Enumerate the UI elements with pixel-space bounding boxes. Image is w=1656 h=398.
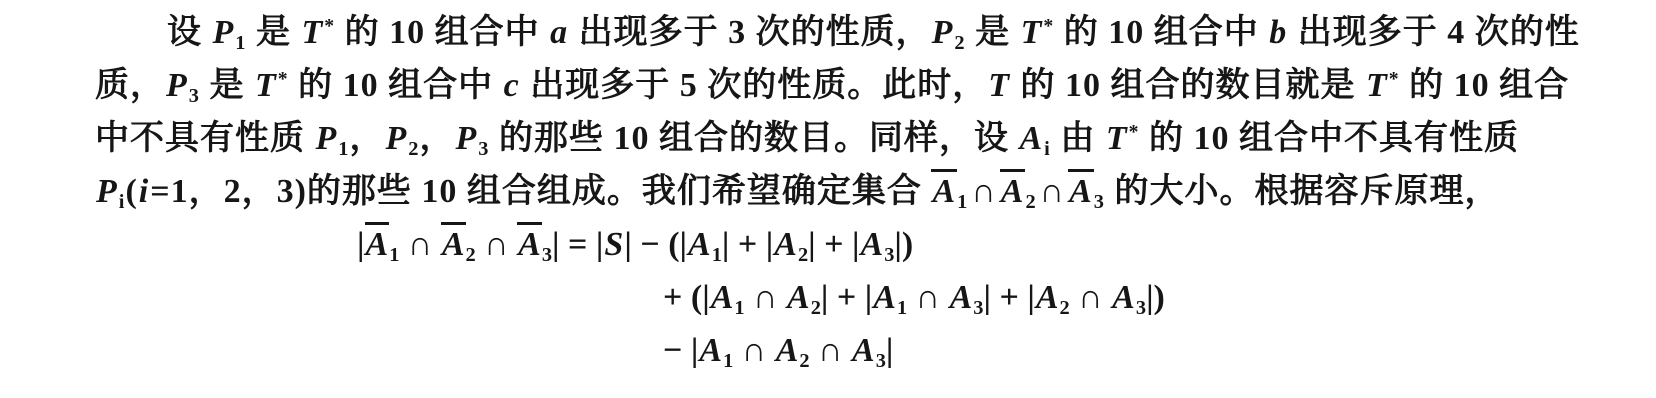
text-line-4: Pi(i=1，2，3)的那些 10 组合组成。我们希望确定集合 A1∩A2∩A3… bbox=[95, 165, 1618, 218]
equation-block: |A1 ∩ A2 ∩ A3| = |S| − (|A1| + |A2| + |A… bbox=[0, 218, 1656, 377]
equation-line-3: − |A1 ∩ A2 ∩ A3| bbox=[663, 324, 1656, 377]
equation-line-2: + (|A1 ∩ A2| + |A1 ∩ A3| + |A2 ∩ A3|) bbox=[663, 271, 1656, 324]
document-page: 设 P1 是 T* 的 10 组合中 a 出现多于 3 次的性质，P2 是 T*… bbox=[0, 0, 1656, 398]
paragraph: 设 P1 是 T* 的 10 组合中 a 出现多于 3 次的性质，P2 是 T*… bbox=[95, 6, 1618, 218]
text-line-1: 设 P1 是 T* 的 10 组合中 a 出现多于 3 次的性质，P2 是 T*… bbox=[95, 6, 1618, 59]
text-line-2: 质，P3 是 T* 的 10 组合中 c 出现多于 5 次的性质。此时，T 的 … bbox=[95, 59, 1618, 112]
text-line-3: 中不具有性质 P1，P2，P3 的那些 10 组合的数目。同样，设 Ai 由 T… bbox=[95, 112, 1618, 165]
equation-line-1: |A1 ∩ A2 ∩ A3| = |S| − (|A1| + |A2| + |A… bbox=[357, 218, 1656, 271]
